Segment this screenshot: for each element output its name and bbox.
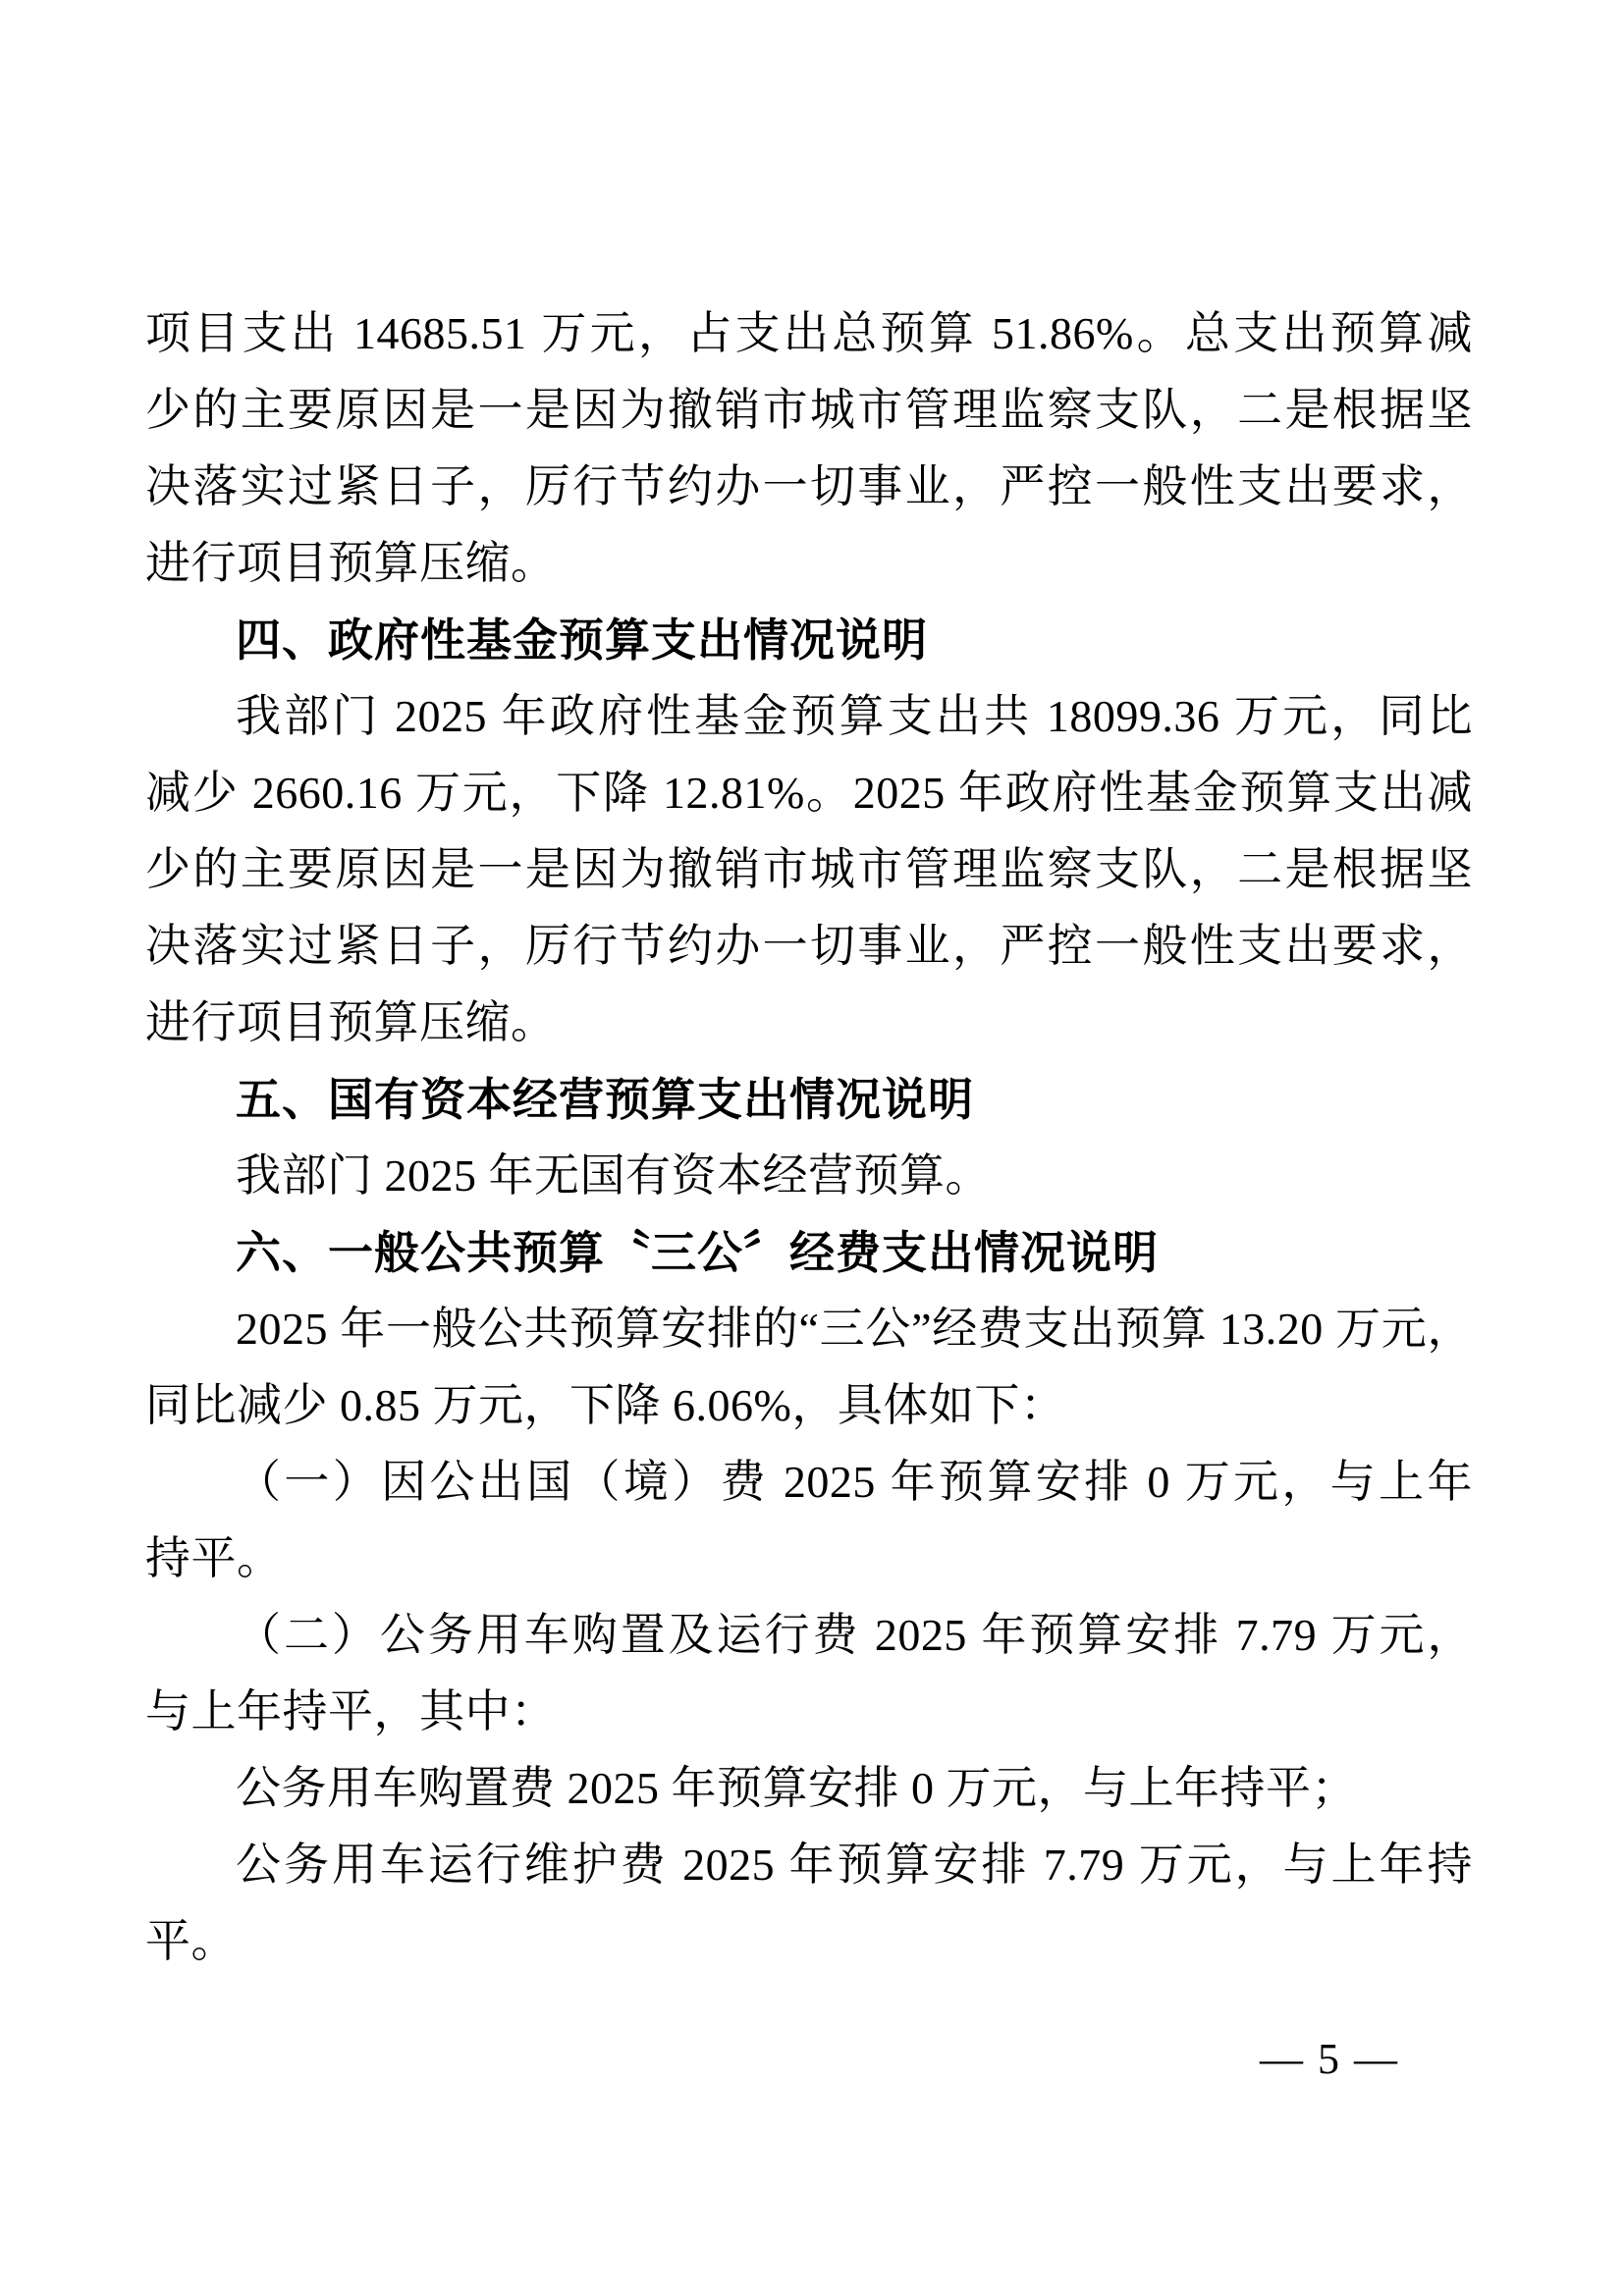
page-number: — 5 —: [1260, 2021, 1399, 2098]
paragraph-line: 少的主要原因是一是因为撤销市城市管理监察支队，二是根据坚: [145, 372, 1473, 449]
document-page: 项目支出 14685.51 万元，占支出总预算 51.86%。总支出预算减少的主…: [0, 0, 1624, 2296]
paragraph-line: 决落实过紧日子，厉行节约办一切事业，严控一般性支出要求，: [145, 908, 1473, 985]
paragraph-line: 平。: [145, 1903, 1473, 1980]
paragraph-line: 公务用车运行维护费 2025 年预算安排 7.79 万元，与上年持: [145, 1827, 1473, 1903]
paragraph-line: 我部门 2025 年政府性基金预算支出共 18099.36 万元，同比: [145, 678, 1473, 755]
paragraph-line: 同比减少 0.85 万元，下降 6.06%，具体如下：: [145, 1367, 1473, 1444]
section-heading: 四、政府性基金预算支出情况说明: [145, 602, 1473, 678]
paragraph-line: 少的主要原因是一是因为撤销市城市管理监察支队，二是根据坚: [145, 831, 1473, 908]
paragraph-line: 决落实过紧日子，厉行节约办一切事业，严控一般性支出要求，: [145, 449, 1473, 525]
section-heading: 五、国有资本经营预算支出情况说明: [145, 1061, 1473, 1138]
document-body: 项目支出 14685.51 万元，占支出总预算 51.86%。总支出预算减少的主…: [145, 295, 1473, 1980]
paragraph-line: （二）公务用车购置及运行费 2025 年预算安排 7.79 万元，: [145, 1597, 1473, 1674]
paragraph-line: 减少 2660.16 万元，下降 12.81%。2025 年政府性基金预算支出减: [145, 755, 1473, 831]
paragraph-line: 进行项目预算压缩。: [145, 985, 1473, 1061]
paragraph-line: 我部门 2025 年无国有资本经营预算。: [145, 1138, 1473, 1214]
paragraph-line: 项目支出 14685.51 万元，占支出总预算 51.86%。总支出预算减: [145, 295, 1473, 372]
paragraph-line: 公务用车购置费 2025 年预算安排 0 万元，与上年持平；: [145, 1750, 1473, 1827]
paragraph-line: （一）因公出国（境）费 2025 年预算安排 0 万元，与上年: [145, 1444, 1473, 1521]
paragraph-line: 进行项目预算压缩。: [145, 525, 1473, 602]
section-heading: 六、一般公共预算〝三公〞经费支出情况说明: [145, 1214, 1473, 1291]
paragraph-line: 与上年持平，其中：: [145, 1674, 1473, 1750]
paragraph-line: 2025 年一般公共预算安排的“三公”经费支出预算 13.20 万元，: [145, 1291, 1473, 1367]
paragraph-line: 持平。: [145, 1521, 1473, 1597]
